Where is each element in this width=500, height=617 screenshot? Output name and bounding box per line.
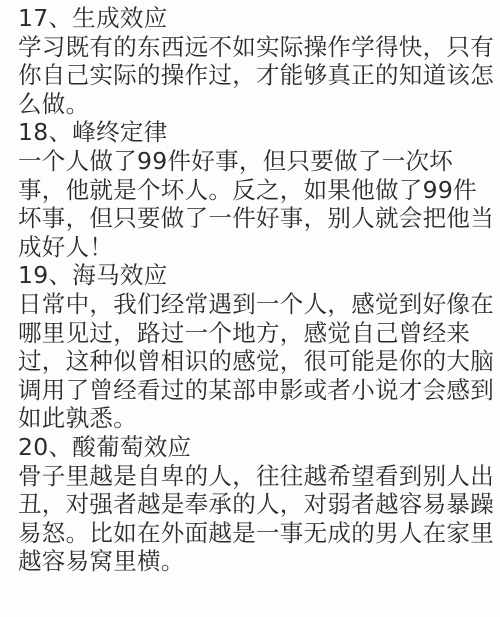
section-20: 20、酸葡萄效应 骨子里越是自卑的人，往往越希望看到别人出 丑，对强者越是奉承的… [18, 433, 490, 576]
section-heading: 17、生成效应 [18, 4, 490, 33]
body-line: 哪里见过，路过一个地方，感觉自己曾经来 [18, 319, 490, 348]
body-line: 坏事，但只要做了一件好事，别人就会把他当 [18, 204, 490, 233]
body-line: 么做。 [18, 90, 490, 119]
body-line: 如此孰悉。 [18, 404, 490, 433]
body-line: 越容易窝里横。 [18, 547, 490, 576]
section-18: 18、峰终定律 一个人做了99件好事，但只要做了一次坏 事，他就是个坏人。反之，… [18, 118, 490, 261]
body-line: 丑，对强者越是奉承的人，对弱者越容易暴躁 [18, 490, 490, 519]
body-line: 你自己实际的操作过，才能够真正的知道该怎 [18, 61, 490, 90]
section-heading: 18、峰终定律 [18, 118, 490, 147]
body-line: 过，这种似曾相识的感觉，很可能是你的大脑 [18, 347, 490, 376]
body-line: 学习既有的东西远不如实际操作学得快，只有 [18, 33, 490, 62]
section-17: 17、生成效应 学习既有的东西远不如实际操作学得快，只有 你自己实际的操作过，才… [18, 4, 490, 118]
body-line: 易怒。比如在外面越是一事无成的男人在家里 [18, 519, 490, 548]
body-line: 骨子里越是自卑的人，往往越希望看到别人出 [18, 462, 490, 491]
section-heading: 20、酸葡萄效应 [18, 433, 490, 462]
body-line: 一个人做了99件好事，但只要做了一次坏 [18, 147, 490, 176]
body-line: 日常中，我们经常遇到一个人，感觉到好像在 [18, 290, 490, 319]
document-body: 17、生成效应 学习既有的东西远不如实际操作学得快，只有 你自己实际的操作过，才… [18, 4, 490, 576]
section-heading: 19、海马效应 [18, 261, 490, 290]
body-line: 调用了曾经看过的某部申影或者小说才会感到 [18, 376, 490, 405]
body-line: 成好人！ [18, 233, 490, 262]
body-line: 事，他就是个坏人。反之，如果他做了99件 [18, 176, 490, 205]
section-19: 19、海马效应 日常中，我们经常遇到一个人，感觉到好像在 哪里见过，路过一个地方… [18, 261, 490, 433]
